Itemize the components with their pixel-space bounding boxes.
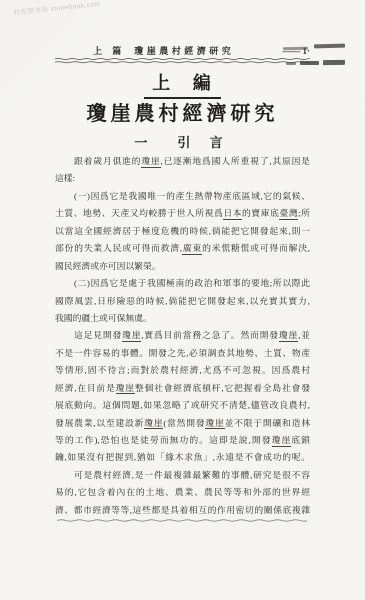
proper-noun: 瓊崖 bbox=[279, 330, 298, 342]
ink-smudge bbox=[323, 60, 345, 65]
body-text: 跟着歲月俱進的瓊崖,已逐漸地爲國人所重視了,其原因是這樣:(一)因爲它是我國唯一… bbox=[55, 153, 310, 519]
text-line: 發展農業,以至建設新瓊崖(當然開發瓊崖並不限于開礦和造林 bbox=[55, 415, 310, 432]
text-line: 經濟,在目前是瓊崖整個社會經濟底槓杆,它把握着全島社會發 bbox=[55, 380, 310, 397]
ink-smudge bbox=[314, 44, 345, 48]
part-heading: 上 編 bbox=[0, 69, 365, 99]
part-heading-text: 上 編 bbox=[144, 69, 221, 99]
proper-noun: 瓊崖 bbox=[122, 330, 141, 342]
text-line: 展底動向。這個問題,如果忽略了或研究不清楚,儘管改良農村, bbox=[55, 397, 310, 414]
proper-noun: 瓊崖 bbox=[272, 435, 292, 447]
running-head-part-label: 上 篇 bbox=[93, 44, 125, 57]
text-line: 濟、都市經濟等等,這些都是具着相互的作用密切的關係底複雜 bbox=[55, 502, 310, 519]
text-line: 以當這全國經濟居于極度危機的時候,倘能把它開發起來,則一 bbox=[55, 223, 310, 240]
proper-noun: 臺灣 bbox=[279, 208, 298, 220]
text-line: (二)因爲它是處于我國極南的政治和軍事的要地;所以際此 bbox=[55, 275, 310, 292]
text-line: 易的,它包含着內在的土地、農業、農民等等和外部的世界經 bbox=[55, 484, 310, 501]
text-line: 這足見開發瓊崖,實爲目前當務之急了。然而開發瓊崖,並 bbox=[55, 327, 310, 344]
proper-noun: 瓊崖 bbox=[144, 418, 163, 430]
section-heading: 一引 言 bbox=[0, 132, 365, 151]
text-line: 我國的疆土或可保無虞。 bbox=[55, 310, 310, 327]
text-line: 不是一件容易的事體。開發之先,必須調查其地勢、土質、物產 bbox=[55, 345, 310, 362]
bottom-rule bbox=[57, 518, 307, 524]
running-head: 上 篇 瓊崖農村經濟研究 —— 1· bbox=[55, 44, 310, 57]
watermark-text: 时光图书馆 stimebook.com bbox=[13, 0, 101, 17]
proper-noun: 日本 bbox=[223, 208, 242, 220]
ink-smudge bbox=[286, 62, 296, 65]
text-line: 國際風雲,日形險惡的時候,倘能把它開發起來,以充實其實力, bbox=[55, 293, 310, 310]
text-line: 土質、地勢、天產又均較勝于世人所視爲日本的寶庫底臺灣;所 bbox=[55, 205, 310, 222]
text-line: 可是農村經濟,是一件最複雜最繁難的事體,研究是很不容 bbox=[55, 467, 310, 484]
section-number: 一 bbox=[134, 135, 147, 150]
text-line: 這樣: bbox=[55, 170, 310, 187]
section-title: 引 言 bbox=[177, 135, 230, 150]
proper-noun: 瓊崖 bbox=[205, 418, 224, 430]
text-line: 等情形,固不待言;而對於農村經濟,尤爲不可忽視。因爲農村 bbox=[55, 362, 310, 379]
text-line: (一)因爲它是我國唯一的產生熱帶物產底區域,它的氣候、 bbox=[55, 188, 310, 205]
scanned-book-page: 时光图书馆 stimebook.com 上 篇 瓊崖農村經濟研究 —— 1· 上… bbox=[0, 0, 365, 600]
proper-noun: 瓊崖 bbox=[116, 383, 135, 395]
ink-smudge bbox=[283, 47, 308, 50]
text-line: 等的工作),恐怕也是徒勞而無功的。這即是說,開發瓊崖底鎖 bbox=[55, 432, 310, 449]
main-title: 瓊崖農村經濟研究 bbox=[0, 97, 365, 126]
text-line: 鑰,如果沒有把握到,猶如「緣木求魚」,永遠是不會成功的呢。 bbox=[55, 449, 310, 466]
proper-noun: 瓊崖 bbox=[141, 156, 160, 168]
text-line: 跟着歲月俱進的瓊崖,已逐漸地爲國人所重視了,其原因是 bbox=[55, 153, 310, 170]
proper-noun: 廣東 bbox=[182, 243, 202, 255]
ink-smudge bbox=[300, 61, 319, 65]
text-line: 部份的失業人民或可得而救濟,廣東的米慌糖慌或可得而解決, bbox=[55, 240, 310, 257]
text-line: 國民經濟或亦可因以繁榮。 bbox=[55, 258, 310, 275]
running-head-title: 瓊崖農村經濟研究 bbox=[134, 44, 234, 57]
header-rule bbox=[55, 57, 310, 65]
